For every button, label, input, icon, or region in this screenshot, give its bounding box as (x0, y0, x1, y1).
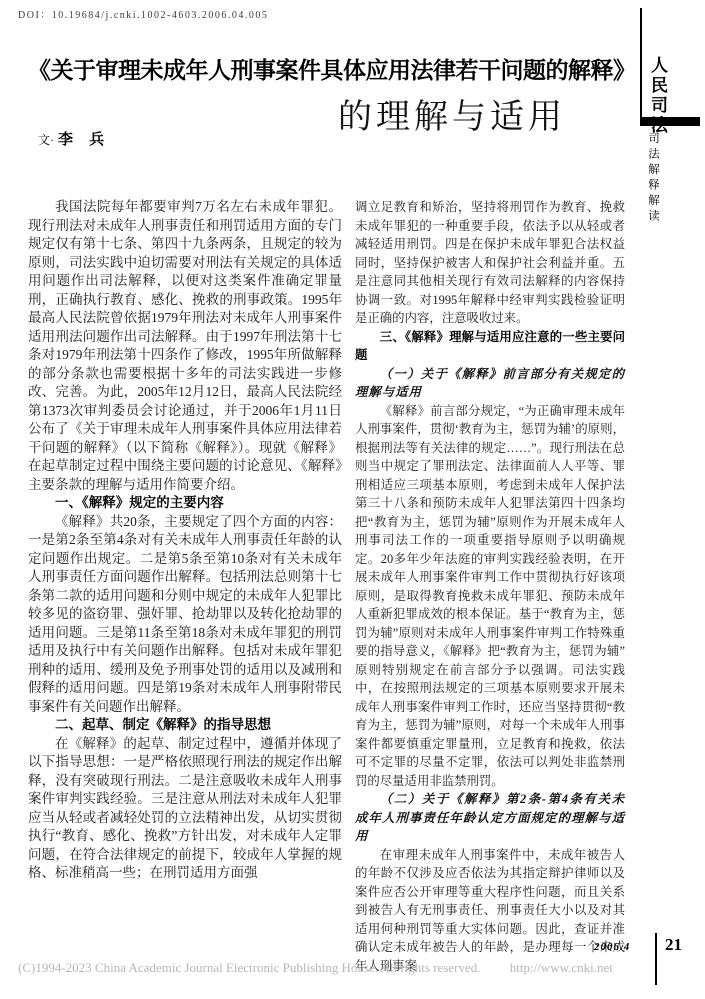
section-heading-1: 一、《解释》规定的主要内容 (28, 494, 342, 513)
copyright-bar: (C)1994-2023 China Academic Journal Elec… (18, 960, 638, 976)
column-name-vertical: 司法解释解读 (645, 132, 661, 225)
sidebar-vertical-rule (640, 8, 642, 124)
page-number-divider (655, 933, 657, 985)
article-body: 我国法院每年都要审判7万名左右未成年罪犯。现行刑法对未成年人刑事责任和刑罚适用方… (28, 198, 625, 975)
page-number: 21 (665, 935, 682, 955)
body-left-column: 我国法院每年都要审判7万名左右未成年罪犯。现行刑法对未成年人刑事责任和刑罚适用方… (28, 198, 342, 975)
author-byline: 文·李 兵 (38, 128, 110, 149)
author-prefix: 文· (38, 133, 54, 147)
copyright-text: (C)1994-2023 China Academic Journal Elec… (18, 960, 481, 975)
subsection-heading-1: （一）关于《解释》前言部分有关规定的理解与适用 (355, 365, 625, 402)
paragraph: 《解释》前言部分规定，“为正确审理未成年人刑事案件，贯彻‘教育为主，惩罚为辅’的… (355, 402, 625, 791)
author-name: 李 兵 (58, 131, 110, 148)
article-title-line2: 的理解与适用 (28, 89, 628, 138)
article-title-line1: 《关于审理未成年人刑事案件具体应用法律若干问题的解释》 (28, 52, 628, 85)
paragraph: 我国法院每年都要审判7万名左右未成年罪犯。现行刑法对未成年人刑事责任和刑罚适用方… (28, 198, 342, 494)
paragraph: 《解释》共20条，主要规定了四个方面的内容：一是第2条至第4条对有关未成年人刑事… (28, 513, 342, 717)
sidebar-black-bar (640, 117, 700, 126)
journal-page: DOI：10.19684/j.cnki.1002-4603.2006.04.00… (0, 0, 705, 999)
paragraph: 在审理未成年人刑事案件中，未成年被告人的年龄不仅涉及应否依法为其指定辩护律师以及… (355, 846, 625, 976)
article-title: 《关于审理未成年人刑事案件具体应用法律若干问题的解释》 的理解与适用 (28, 52, 628, 138)
body-right-column: 调立足教育和矫治，坚持将刑罚作为教育、挽救未成年罪犯的一种重要手段，依法予以从轻… (355, 198, 625, 975)
section-heading-2: 二、起草、制定《解释》的指导思想 (28, 716, 342, 735)
section-heading-3: 三、《解释》理解与适用应注意的一些主要问题 (355, 328, 625, 365)
subsection-heading-2: （二）关于《解释》第2条-第4条有关未成年人刑事责任年龄认定方面规定的理解与适用 (355, 790, 625, 846)
issue-label: 2006.4 (594, 941, 630, 953)
paragraph-continued: 调立足教育和矫治，坚持将刑罚作为教育、挽救未成年罪犯的一种重要手段，依法予以从轻… (355, 198, 625, 328)
paragraph: 在《解释》的起草、制定过程中，遵循并体现了以下指导思想：一是严格依照现行刑法的规… (28, 735, 342, 883)
cnki-url: http://www.cnki.net (510, 960, 613, 975)
doi-line: DOI：10.19684/j.cnki.1002-4603.2006.04.00… (18, 6, 268, 21)
